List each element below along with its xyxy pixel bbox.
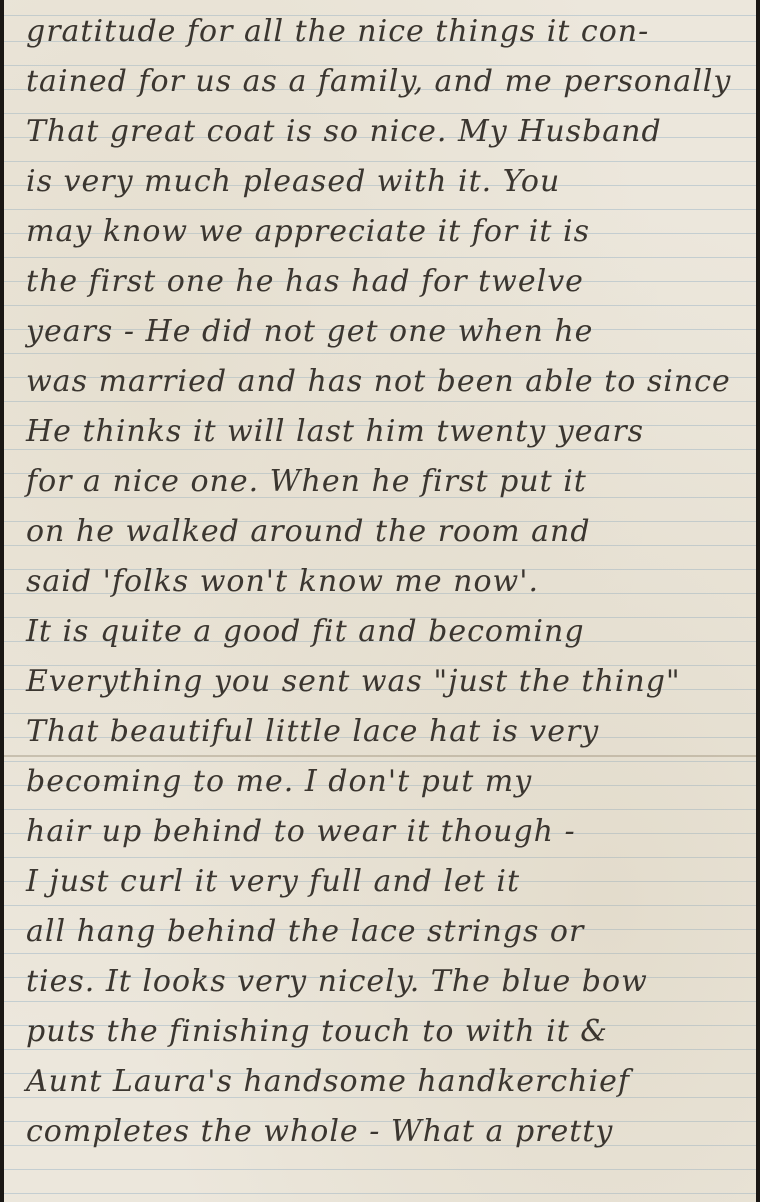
text-line-22: Aunt Laura's handsome handkerchief — [26, 1062, 746, 1102]
text-line-20: ties. It looks very nicely. The blue bow — [26, 962, 746, 1002]
text-line-14: Everything you sent was "just the thing" — [26, 662, 746, 702]
text-line-1: gratitude for all the nice things it con… — [26, 12, 746, 52]
text-line-8: was married and has not been able to sin… — [26, 362, 746, 402]
text-line-23: completes the whole - What a pretty — [26, 1112, 746, 1152]
text-line-10: for a nice one. When he first put it — [26, 462, 746, 502]
text-line-21: puts the finishing touch to with it & — [26, 1012, 746, 1052]
text-line-5: may know we appreciate it for it is — [26, 212, 746, 252]
text-line-7: years - He did not get one when he — [26, 312, 746, 352]
text-line-15: That beautiful little lace hat is very — [26, 712, 746, 752]
text-line-11: on he walked around the room and — [26, 512, 746, 552]
text-line-6: the first one he has had for twelve — [26, 262, 746, 302]
text-line-9: He thinks it will last him twenty years — [26, 412, 746, 452]
text-line-18: I just curl it very full and let it — [26, 862, 746, 902]
text-line-3: That great coat is so nice. My Husband — [26, 112, 746, 152]
paper-fold-crease — [4, 755, 756, 757]
text-line-2: tained for us as a family, and me person… — [26, 62, 746, 102]
page-edge — [756, 0, 760, 1202]
text-line-19: all hang behind the lace strings or — [26, 912, 746, 952]
text-line-16: becoming to me. I don't put my — [26, 762, 746, 802]
letter-page: gratitude for all the nice things it con… — [4, 0, 756, 1202]
text-line-13: It is quite a good fit and becoming — [26, 612, 746, 652]
text-line-12: said 'folks won't know me now'. — [26, 562, 746, 602]
text-line-4: is very much pleased with it. You — [26, 162, 746, 202]
text-line-17: hair up behind to wear it though - — [26, 812, 746, 852]
